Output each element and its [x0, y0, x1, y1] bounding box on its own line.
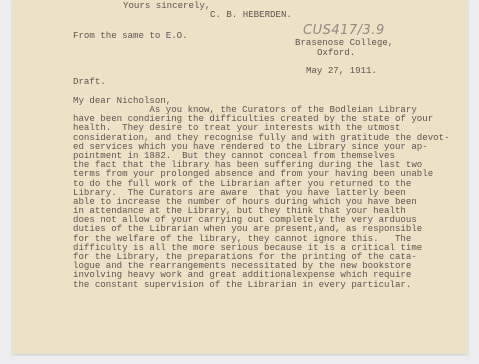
from-line: From the same to E.O. — [73, 31, 188, 40]
address-line-1: Brasenose College, — [295, 38, 393, 47]
body-line: the constant supervision of the Libraria… — [73, 280, 450, 289]
letter-body: As you know, the Curators of the Bodleia… — [73, 105, 450, 289]
letter-page: Yours sincerely, C. B. HEBERDEN. From th… — [12, 0, 468, 354]
signature: C. B. HEBERDEN. — [210, 10, 292, 19]
archive-reference: CUS417/3.9 — [303, 23, 385, 38]
date: May 27, 1911. — [306, 66, 377, 75]
address-line-2: Oxford. — [317, 48, 355, 57]
draft-label: Draft. — [73, 77, 106, 86]
closing: Yours sincerely, — [123, 1, 210, 10]
